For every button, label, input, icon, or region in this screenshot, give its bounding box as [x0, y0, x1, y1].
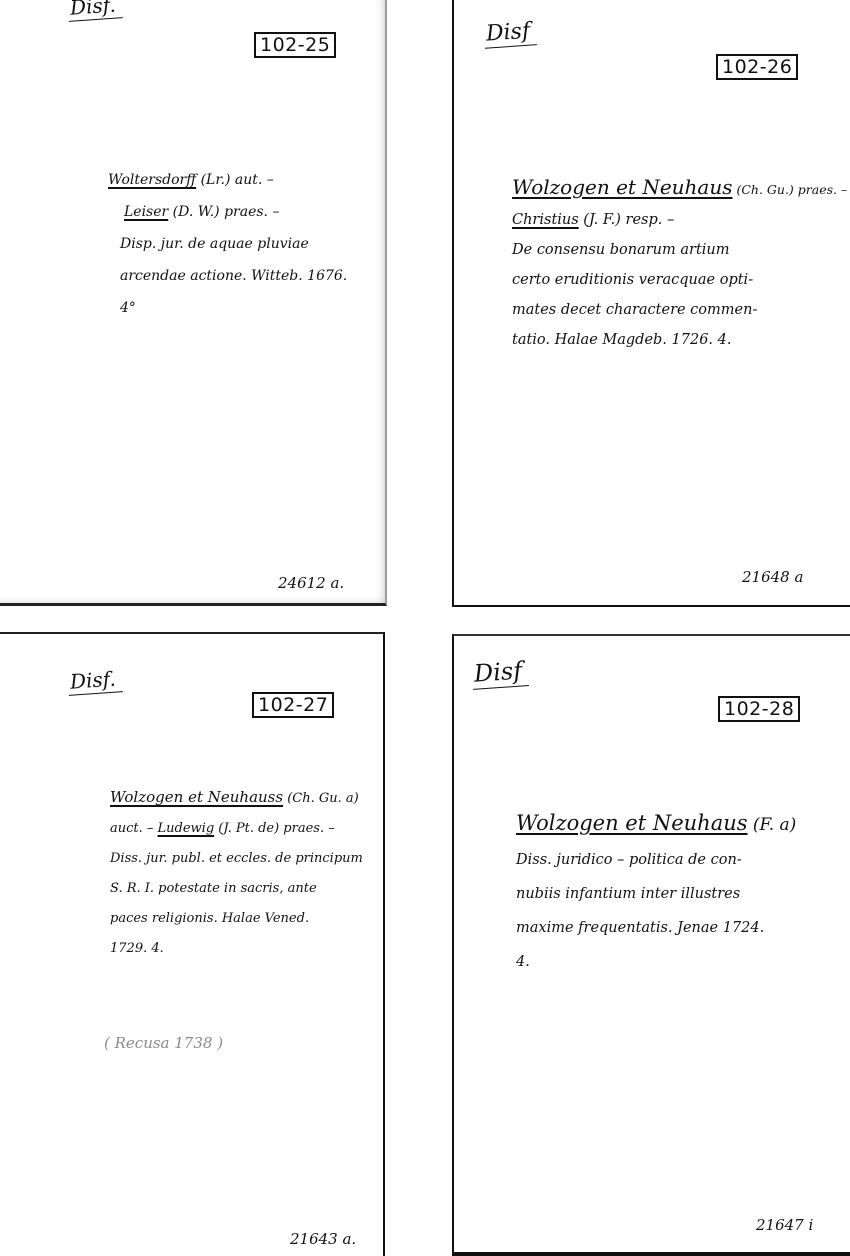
category-label: Disf.	[67, 666, 122, 696]
accession-number: 21647 i	[756, 1216, 813, 1234]
author-role: (Lr.) aut. –	[196, 172, 274, 188]
author-role-auct: auct. –	[110, 821, 158, 836]
title-line: Diss. jur. publ. et eccles. de principum	[110, 844, 363, 874]
call-number: 102-28	[718, 696, 800, 722]
author-name: Wolzogen et Neuhaus	[516, 811, 748, 835]
respondent-role: (J. F.) resp. –	[579, 212, 675, 228]
title-line: De consensu bonarum artium	[512, 235, 847, 265]
accession-number: 24612 a.	[278, 574, 344, 592]
catalog-card-102-26: Disf 102-26 Wolzogen et Neuhaus (Ch. Gu.…	[452, 0, 850, 607]
accession-number: 21643 a.	[290, 1230, 356, 1248]
catalog-card-102-27: Disf. 102-27 Wolzogen et Neuhauss (Ch. G…	[0, 632, 385, 1256]
praeses-name: Leiser	[124, 204, 168, 220]
title-line: arcendae actione. Witteb. 1676.	[120, 260, 347, 292]
entry-line: Wolzogen et Neuhauss (Ch. Gu. a)	[110, 782, 363, 814]
praeses-role: (Ch. Gu.) praes. –	[733, 182, 848, 197]
reprint-note: ( Recusa 1738 )	[104, 1034, 223, 1052]
catalog-entry: Wolzogen et Neuhauss (Ch. Gu. a) auct. –…	[110, 782, 363, 964]
author-role: (Ch. Gu. a)	[283, 791, 359, 806]
entry-line: auct. – Ludewig (J. Pt. de) praes. –	[110, 814, 363, 844]
entry-line: Leiser (D. W.) praes. –	[124, 196, 347, 228]
author-initials: (F. a)	[748, 815, 797, 835]
respondent-name: Christius	[512, 212, 579, 228]
author-name: Wolzogen et Neuhauss	[110, 788, 283, 806]
praeses-name: Ludewig	[158, 821, 215, 836]
praeses-name: Wolzogen et Neuhaus	[512, 175, 733, 199]
format-line: 4.	[516, 945, 796, 979]
title-line: nubiis infantium inter illustres	[516, 877, 796, 911]
title-line: Disp. jur. de aquae pluviae	[120, 228, 347, 260]
catalog-card-102-25: Disf. 102-25 Woltersdorff (Lr.) aut. – L…	[0, 0, 387, 606]
entry-line: Christius (J. F.) resp. –	[512, 205, 847, 235]
praeses-role: (D. W.) praes. –	[168, 204, 279, 220]
category-label: Disf	[483, 18, 537, 49]
entry-line: Wolzogen et Neuhaus (F. a)	[516, 806, 796, 843]
imprint-line: maxime frequentatis. Jenae 1724.	[516, 911, 796, 945]
call-number: 102-27	[252, 692, 334, 718]
imprint-line: tatio. Halae Magdeb. 1726. 4.	[512, 325, 847, 355]
catalog-card-102-28: Disf 102-28 Wolzogen et Neuhaus (F. a) D…	[452, 634, 850, 1256]
title-line: Diss. juridico – politica de con-	[516, 843, 796, 877]
imprint-line: paces religionis. Halae Vened.	[110, 904, 363, 934]
accession-number: 21648 a	[742, 568, 803, 586]
format-line: 1729. 4.	[110, 934, 363, 964]
category-label: Disf	[471, 656, 529, 690]
entry-line: Woltersdorff (Lr.) aut. –	[108, 164, 347, 196]
format-line: 4°	[120, 292, 347, 324]
praeses-role: (J. Pt. de) praes. –	[214, 821, 335, 836]
call-number: 102-25	[254, 32, 336, 58]
entry-line: Wolzogen et Neuhaus (Ch. Gu.) praes. –	[512, 172, 847, 205]
author-name: Woltersdorff	[108, 172, 196, 188]
title-line: S. R. I. potestate in sacris, ante	[110, 874, 363, 904]
call-number: 102-26	[716, 54, 798, 80]
catalog-entry: Woltersdorff (Lr.) aut. – Leiser (D. W.)…	[108, 164, 347, 324]
catalog-entry: Wolzogen et Neuhaus (F. a) Diss. juridic…	[516, 806, 796, 979]
category-label: Disf.	[67, 0, 122, 22]
title-line: mates decet charactere commen-	[512, 295, 847, 325]
title-line: certo eruditionis veracquae opti-	[512, 265, 847, 295]
catalog-entry: Wolzogen et Neuhaus (Ch. Gu.) praes. – C…	[512, 172, 847, 355]
